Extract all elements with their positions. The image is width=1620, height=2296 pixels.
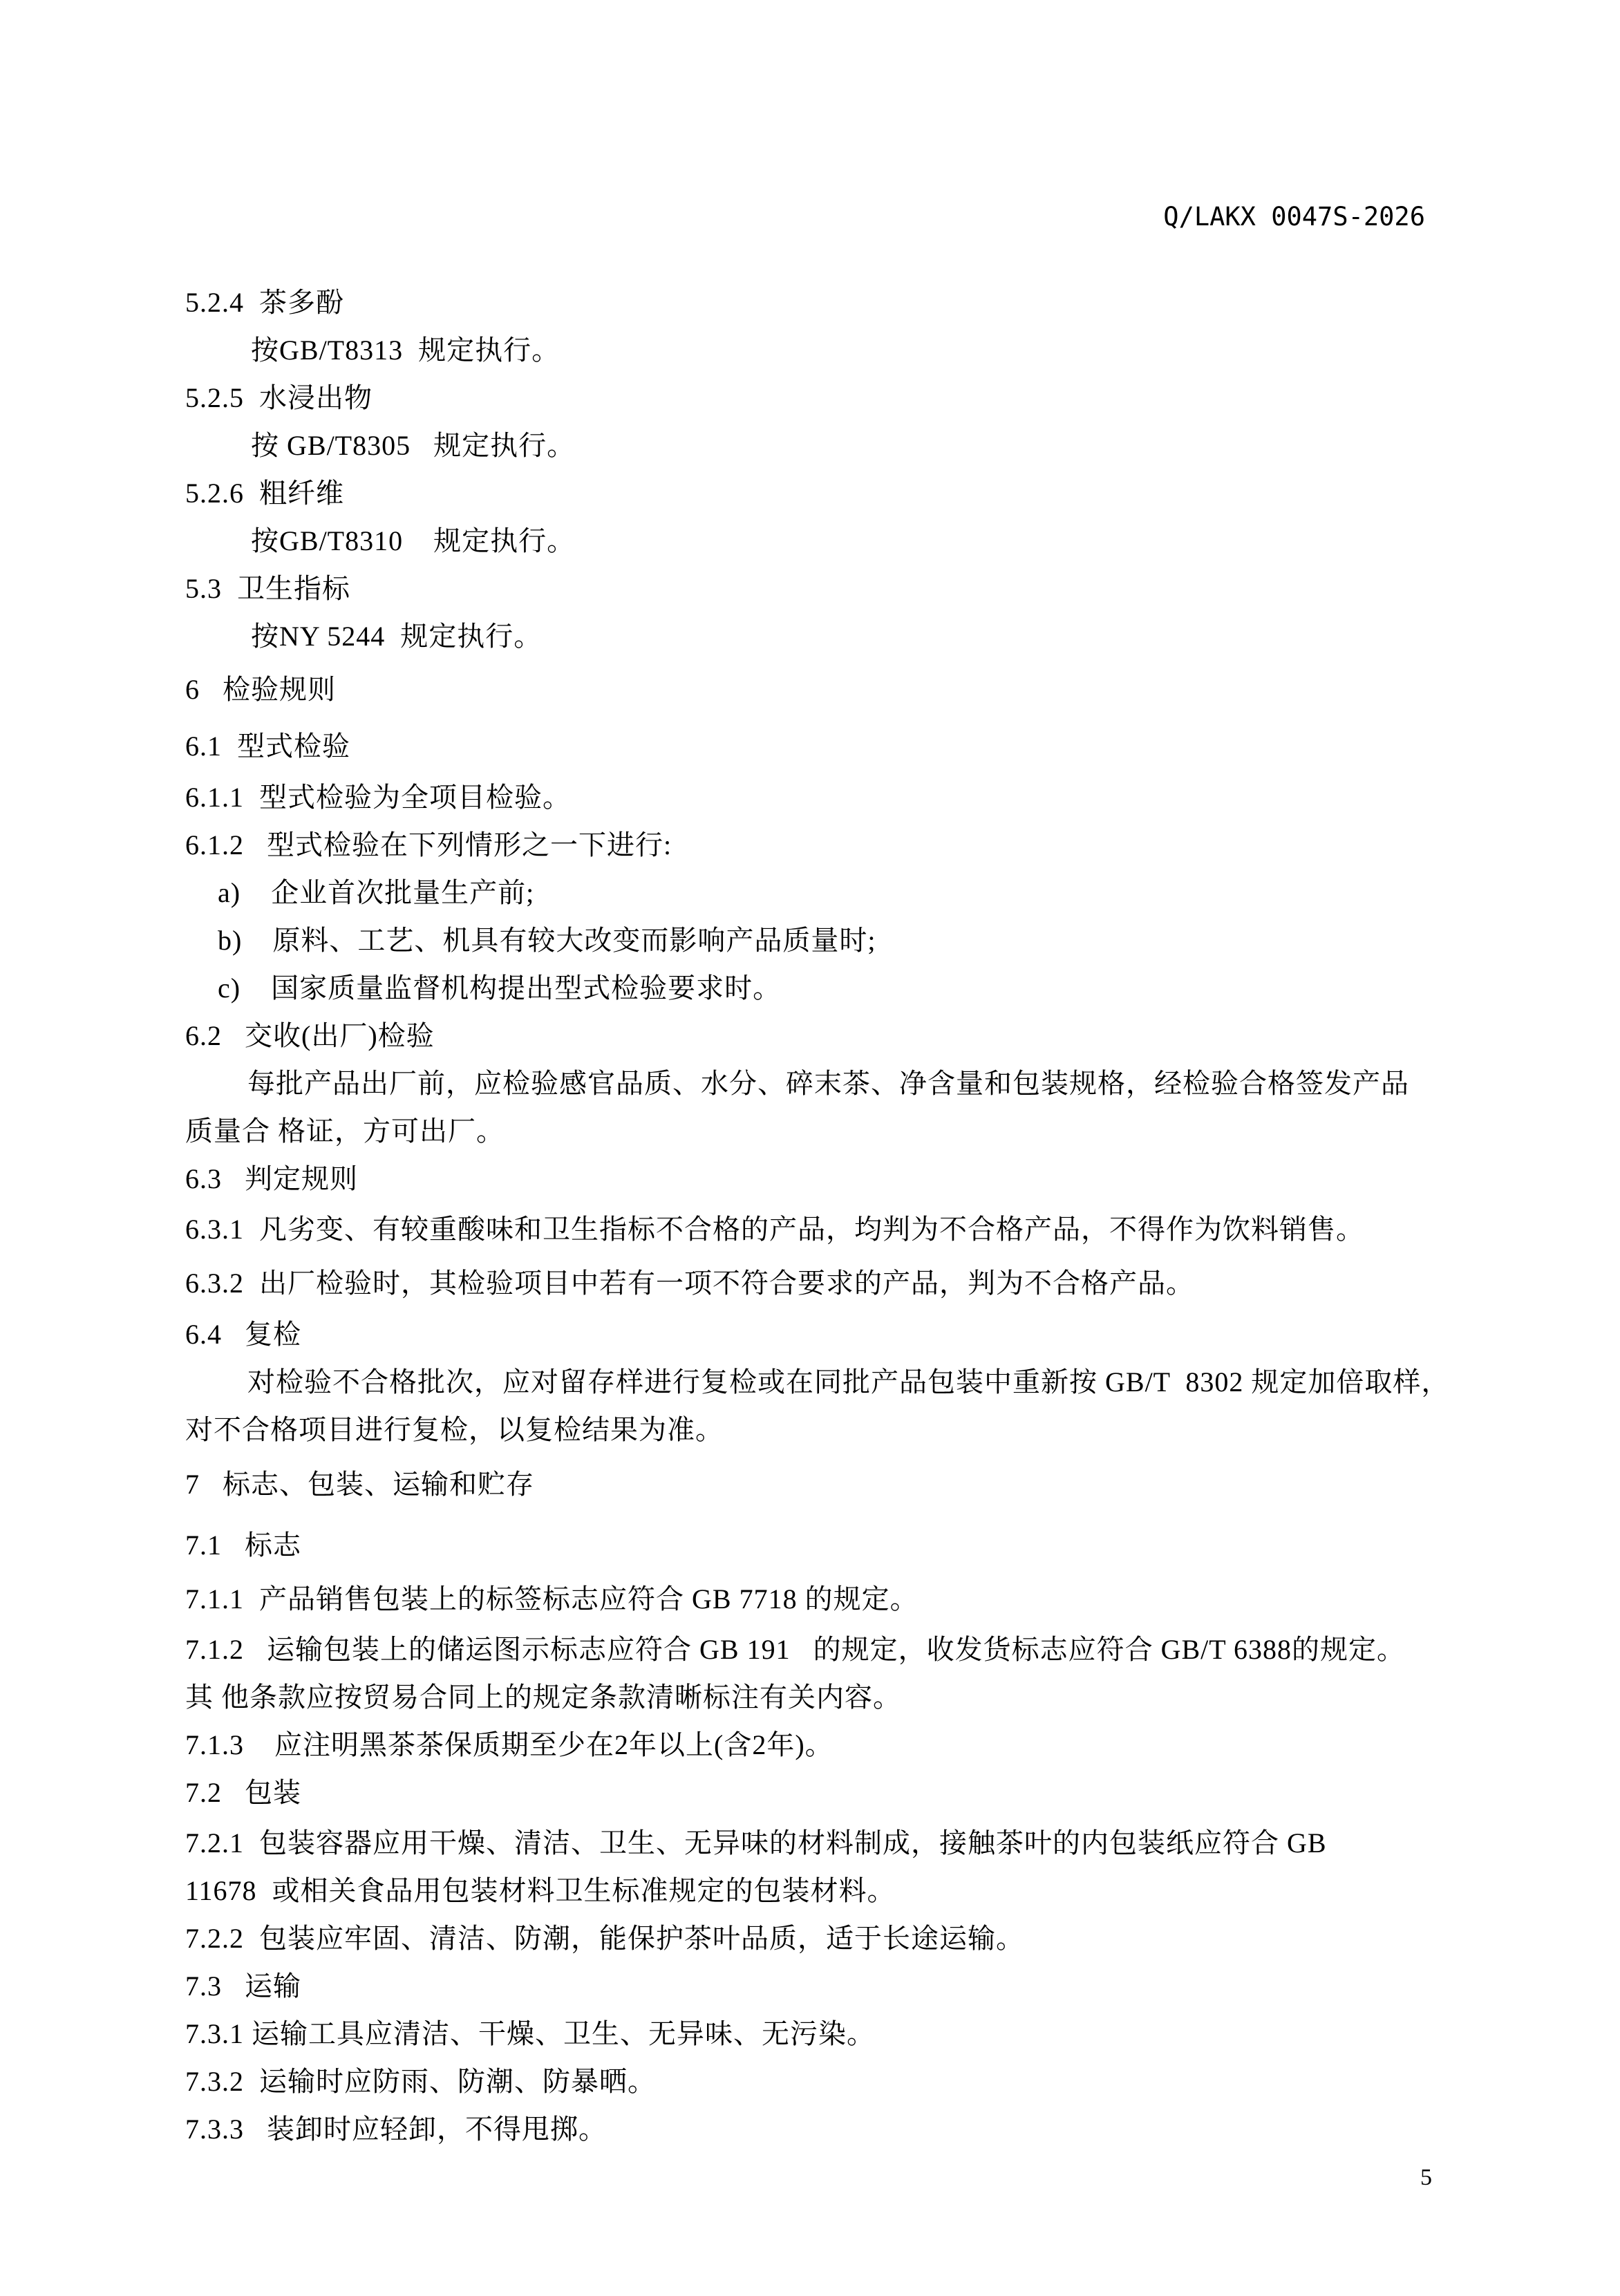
- body-line: 11678 或相关食品用包装材料卫生标准规定的包装材料。: [185, 1874, 896, 1908]
- clause-heading: 7.2.2 包装应牢固、清洁、防潮，能保护茶叶品质，适于长途运输。: [185, 1922, 1024, 1955]
- clause-heading: 7.2 包装: [185, 1776, 301, 1809]
- section-heading: 7 标志、包装、运输和贮存: [185, 1468, 534, 1501]
- list-item: a) 企业首次批量生产前;: [218, 876, 534, 910]
- clause-heading: 6.3 判定规则: [185, 1163, 358, 1196]
- clause-heading: 7.3.1 运输工具应清洁、干燥、卫生、无异味、无污染。: [185, 2017, 875, 2051]
- clause-heading: 5.3 卫生指标: [185, 572, 350, 605]
- clause-heading: 5.2.6 粗纤维: [185, 477, 344, 510]
- clause-heading: 7.1.3 应注明黑茶茶保质期至少在2年以上(含2年)。: [185, 1729, 833, 1762]
- section-heading: 6 检验规则: [185, 673, 336, 706]
- standard-number-header: Q/LAKX 0047S-2026: [1163, 202, 1425, 232]
- clause-heading: 6.2 交收(出厂)检验: [185, 1019, 435, 1053]
- clause-heading: 7.3.3 装卸时应轻卸，不得甩掷。: [185, 2113, 607, 2146]
- body-line: 按GB/T8313 规定执行。: [251, 334, 560, 367]
- clause-heading: 7.1.1 产品销售包装上的标签标志应符合 GB 7718 的规定。: [185, 1583, 919, 1616]
- clause-heading: 6.4 复检: [185, 1318, 301, 1351]
- page-number: 5: [1420, 2165, 1432, 2191]
- clause-heading: 7.3.2 运输时应防雨、防潮、防暴晒。: [185, 2065, 656, 2098]
- body-line: 每批产品出厂前，应检验感官品质、水分、碎末茶、净含量和包装规格，经检验合格签发产…: [247, 1067, 1409, 1100]
- document-page: Q/LAKX 0047S-2026 5.2.4 茶多酚 按GB/T8313 规定…: [0, 0, 1620, 2296]
- body-line: 按 GB/T8305 规定执行。: [251, 429, 575, 462]
- clause-heading: 7.2.1 包装容器应用干燥、清洁、卫生、无异味的材料制成，接触茶叶的内包装纸应…: [185, 1827, 1327, 1860]
- clause-heading: 5.2.5 水浸出物: [185, 382, 373, 415]
- body-line: 质量合 格证，方可出厂。: [185, 1115, 505, 1148]
- body-line: 对检验不合格批次，应对留存样进行复检或在同批产品包装中重新按 GB/T 8302…: [247, 1366, 1449, 1399]
- clause-heading: 6.3.1 凡劣变、有较重酸味和卫生指标不合格的产品，均判为不合格产品，不得作为…: [185, 1213, 1364, 1246]
- clause-heading: 6.3.2 出厂检验时，其检验项目中若有一项不符合要求的产品，判为不合格产品。: [185, 1267, 1194, 1300]
- clause-heading: 7.1.2 运输包装上的储运图示标志应符合 GB 191 的规定，收发货标志应符…: [185, 1633, 1405, 1666]
- body-line: 按GB/T8310 规定执行。: [251, 525, 575, 558]
- clause-heading: 6.1.1 型式检验为全项目检验。: [185, 781, 571, 814]
- clause-heading: 7.1 标志: [185, 1529, 301, 1562]
- body-line: 对不合格项目进行复检，以复检结果为准。: [185, 1413, 724, 1447]
- clause-heading: 5.2.4 茶多酚: [185, 286, 344, 319]
- body-line: 按NY 5244 规定执行。: [251, 620, 542, 653]
- list-item: c) 国家质量监督机构提出型式检验要求时。: [218, 972, 781, 1005]
- clause-heading: 6.1.2 型式检验在下列情形之一下进行:: [185, 829, 672, 862]
- document-body: 5.2.4 茶多酚 按GB/T8313 规定执行。 5.2.5 水浸出物 按 G…: [185, 286, 1468, 2161]
- list-item: b) 原料、工艺、机具有较大改变而影响产品质量时;: [218, 924, 876, 957]
- clause-heading: 7.3 运输: [185, 1970, 301, 2003]
- body-line: 其 他条款应按贸易合同上的规定条款清晰标注有关内容。: [185, 1681, 901, 1714]
- clause-heading: 6.1 型式检验: [185, 730, 350, 763]
